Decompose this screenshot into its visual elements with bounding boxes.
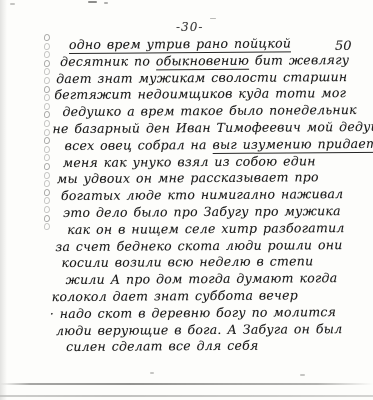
text-line: как он в нищем селе хитр разбогатил bbox=[67, 220, 362, 239]
toner-speck bbox=[150, 372, 154, 374]
underlined-text: обыкновению bbox=[156, 53, 249, 71]
binding-hole bbox=[44, 86, 50, 93]
text-line: дедушко а врем такое было понедельник bbox=[62, 102, 361, 121]
text-line: люди верующие в бога. А Забуга он был bbox=[56, 320, 363, 339]
text-line: это дело было про Забугу про мужика bbox=[63, 203, 362, 222]
page-number-center: -30- bbox=[176, 20, 203, 34]
binding-hole bbox=[44, 77, 50, 84]
text-run: бегтяжит недоимщиков куда тоти мог bbox=[54, 85, 346, 102]
scan-artifact-line bbox=[0, 395, 373, 397]
text-run: силен сделат все для себя bbox=[66, 338, 259, 354]
binding-hole bbox=[44, 223, 50, 230]
text-line: косили возили всю неделю в степи bbox=[61, 253, 362, 272]
underlined-text: выг изумению придает bbox=[212, 136, 373, 154]
text-line: богатых люде кто нимигално наживал bbox=[61, 186, 362, 205]
text-line: мы удвоих он мне рассказывает про bbox=[57, 169, 362, 188]
text-line: силен сделат все для себя bbox=[66, 337, 363, 356]
text-run: как он в нищем селе хитр разбогатил bbox=[67, 220, 344, 237]
binding-hole bbox=[44, 215, 50, 222]
binding-holes bbox=[44, 34, 52, 244]
binding-hole bbox=[44, 51, 50, 58]
binding-hole bbox=[44, 172, 50, 179]
text-line: меня как унуко взял из собою един bbox=[63, 153, 362, 172]
binding-hole bbox=[44, 189, 50, 196]
binding-hole bbox=[44, 111, 50, 118]
binding-hole bbox=[44, 43, 50, 50]
binding-hole bbox=[44, 103, 50, 110]
binding-hole bbox=[44, 146, 50, 153]
text-run: дает знат мужикам сволости старшин bbox=[56, 69, 347, 86]
toner-speck bbox=[10, 3, 15, 5]
text-run: бит жевлягу bbox=[249, 52, 349, 68]
text-line: за счет беднеко скота люди рошли они bbox=[55, 236, 362, 255]
text-run: люди верующие в бога. А Забуга он был bbox=[56, 321, 343, 338]
binding-hole bbox=[44, 34, 50, 41]
text-line: жили А про дом тогда думают когда bbox=[66, 270, 363, 289]
text-run: меня как унуко взял из собою един bbox=[63, 153, 316, 170]
text-run: за счет беднеко скота люди рошли они bbox=[55, 237, 342, 254]
scan-artifact-line bbox=[0, 383, 373, 385]
binding-hole bbox=[44, 197, 50, 204]
binding-hole bbox=[44, 163, 50, 170]
text-line: одно врем утрив рано пойцкой bbox=[69, 35, 361, 54]
binding-hole bbox=[44, 206, 50, 213]
binding-hole bbox=[44, 129, 50, 136]
handwritten-text: одно врем утрив рано пойцкойдесятник по … bbox=[56, 35, 363, 356]
text-line: дает знат мужикам сволости старшин bbox=[56, 69, 361, 88]
toner-speck bbox=[300, 374, 305, 376]
binding-hole bbox=[44, 137, 50, 144]
text-run: · надо скот в деревню богу по молится bbox=[50, 304, 336, 321]
text-line: десятник по обыкновению бит жевлягу bbox=[60, 52, 361, 71]
text-run: мы удвоих он мне рассказывает про bbox=[57, 170, 319, 187]
text-run: косили возили всю неделю в степи bbox=[61, 254, 313, 271]
toner-speck bbox=[104, 2, 108, 4]
binding-hole bbox=[44, 94, 50, 101]
toner-speck bbox=[88, 1, 97, 3]
manuscript-page: -30- 50 одно врем утрив рано пойцкойдеся… bbox=[0, 0, 373, 400]
text-line: не базарный ден Иван Тимофеевич мой деду… bbox=[52, 119, 361, 138]
text-line: колокол дает знат суббота вечер bbox=[52, 287, 363, 306]
text-run: жили А про дом тогда думают когда bbox=[66, 270, 338, 287]
binding-hole bbox=[44, 68, 50, 75]
underlined-text: одно врем утрив рано пойцкой bbox=[69, 35, 291, 54]
binding-hole bbox=[44, 180, 50, 187]
text-run: не базарный ден Иван Тимофеевич мой деду… bbox=[52, 119, 373, 136]
binding-hole bbox=[44, 154, 50, 161]
binding-hole bbox=[44, 60, 50, 67]
text-run: богатых люде кто нимигално наживал bbox=[61, 186, 343, 203]
toner-speck bbox=[210, 18, 216, 19]
text-run: десятник по bbox=[60, 53, 156, 69]
text-run: колокол дает знат суббота вечер bbox=[52, 287, 298, 304]
text-line: всех овец собрал на выг изумению придает bbox=[65, 136, 362, 155]
text-run: дедушко а врем такое было понедельник bbox=[62, 102, 357, 119]
text-line: бегтяжит недоимщиков куда тоти мог bbox=[54, 85, 361, 104]
text-run: всех овец собрал на bbox=[65, 137, 213, 153]
text-run: это дело было про Забугу про мужика bbox=[63, 203, 341, 220]
binding-hole bbox=[44, 120, 50, 127]
scan-edge-shading bbox=[0, 0, 7, 400]
